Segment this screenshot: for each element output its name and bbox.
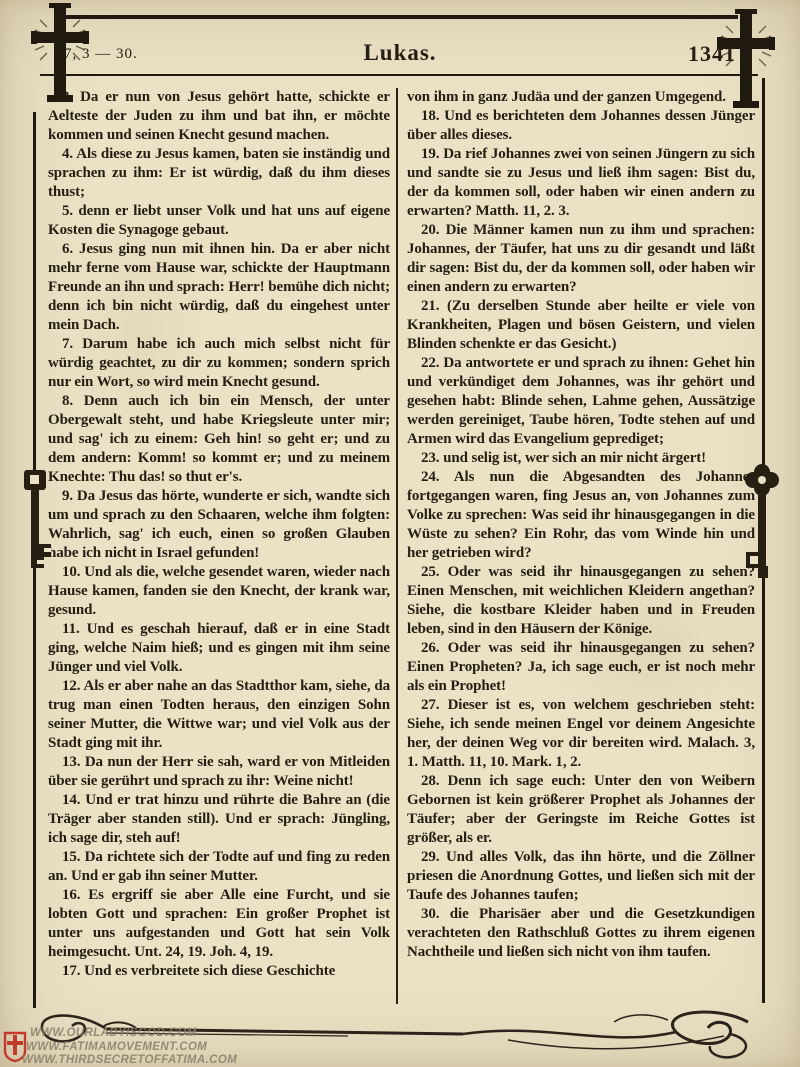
verse-paragraph: 12. Als er aber nahe an das Stadtthor ka… [48,677,390,753]
verse-paragraph: 18. Und es berichteten dem Johannes dess… [407,107,755,145]
verse-paragraph: 27. Dieser ist es, von welchem geschrieb… [407,696,755,772]
verse-paragraph: 11. Und es geschah hierauf, daß er in ei… [48,620,390,677]
verse-paragraph: 9. Da Jesus das hörte, wunderte er sich,… [48,487,390,563]
verse-paragraph: 26. Oder was seid ihr hinausgegangen zu … [407,639,755,696]
verse-paragraph: 21. (Zu derselben Stunde aber heilte er … [407,297,755,354]
key-ornament-icon [18,468,52,577]
verse-paragraph: 4. Als diese zu Jesus kamen, baten sie i… [48,145,390,202]
verse-paragraph: 30. die Pharisäer aber und die Gesetzkun… [407,905,755,962]
column-divider-rule [396,88,398,1004]
verse-paragraph: 14. Und er trat hinzu und rührte die Bah… [48,791,390,848]
verse-paragraph: 15. Da richtete sich der Todte auf und f… [48,848,390,886]
watermark-block: WWW.OURLADYISGOD.COM WWW.FATIMAMOVEMENT.… [30,1027,237,1067]
verse-paragraph: 3. Da er nun von Jesus gehört hatte, sch… [48,88,390,145]
verse-paragraph: 29. Und alles Volk, das ihn hörte, und d… [407,848,755,905]
watermark-url: WWW.THIRDSECRETOFFATIMA.COM [22,1054,237,1067]
verse-paragraph: 20. Die Männer kamen nun zu ihm und spra… [407,221,755,297]
verse-paragraph: 19. Da rief Johannes zwei von seinen Jün… [407,145,755,221]
verse-paragraph: 24. Als nun die Abgesandten des Johannes… [407,468,755,563]
verse-paragraph: 25. Oder was seid ihr hinausgegangen zu … [407,563,755,639]
verse-paragraph: 23. und selig ist, wer sich an mir nicht… [407,449,755,468]
verse-paragraph: 6. Jesus ging nun mit ihnen hin. Da er a… [48,240,390,335]
verse-paragraph: 10. Und als die, welche gesendet waren, … [48,563,390,620]
page-title: Lukas. [0,40,800,66]
text-column-left: 3. Da er nun von Jesus gehört hatte, sch… [48,88,390,981]
watermark-url: WWW.FATIMAMOVEMENT.COM [26,1041,237,1055]
page-number: 1341 [688,41,736,67]
watermark-url: WWW.OURLADYISGOD.COM [30,1027,237,1041]
verse-paragraph: 13. Da nun der Herr sie sah, ward er von… [48,753,390,791]
text-column-right: von ihm in ganz Judäa und der ganzen Umg… [407,88,755,962]
verse-paragraph: 22. Da antwortete er und sprach zu ihnen… [407,354,755,449]
verse-paragraph: 5. denn er liebt unser Volk und hat uns … [48,202,390,240]
scanned-bible-page: 7, 3 — 30. Lukas. 1341 3. Da er nun von … [0,0,800,1067]
verse-paragraph: 16. Es ergriff sie aber Alle eine Furcht… [48,886,390,962]
header-divider-rule [40,74,758,76]
verse-continuation: von ihm in ganz Judäa und der ganzen Umg… [407,88,755,107]
verse-paragraph: 17. Und es verbreitete sich diese Geschi… [48,962,390,981]
verse-paragraph: 7. Darum habe ich auch mich selbst nicht… [48,335,390,392]
verse-paragraph: 8. Denn auch ich bin ein Mensch, der unt… [48,392,390,487]
verse-paragraph: 28. Denn ich sage euch: Unter den von We… [407,772,755,848]
key-ornament-icon [744,462,780,593]
top-border-rule [62,15,738,19]
